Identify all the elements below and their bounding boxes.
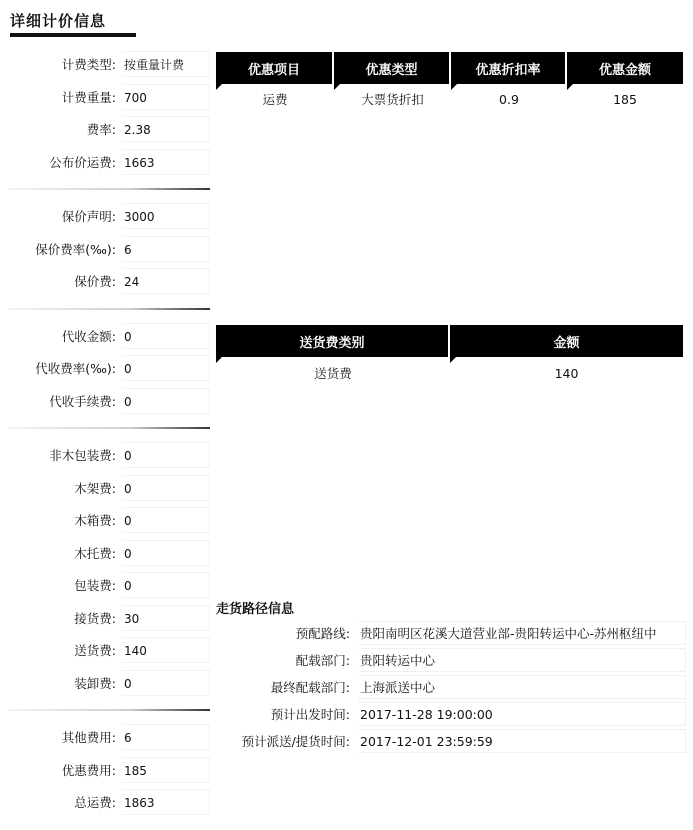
packaging-group: 非木包装费:0 木架费:0 木箱费:0 木托费:0 包装费:0 接货费:30 送… [8, 439, 212, 699]
field-value[interactable]: 140 [122, 637, 210, 663]
field-departure-time: 预计出发时间:2017-11-28 19:00:00 [216, 700, 686, 727]
column-header[interactable]: 优惠折扣率 [451, 52, 567, 84]
column-header[interactable]: 优惠金额 [567, 52, 683, 84]
field-label: 优惠费用: [8, 761, 116, 779]
field-label: 木箱费: [8, 511, 116, 529]
field-wood-frame: 木架费:0 [8, 472, 212, 505]
field-label: 配载部门: [216, 651, 350, 669]
pricing-panel: 计费类型:按重量计费 计费重量:700 费率:2.38 公布价运费:1663 保… [8, 48, 212, 819]
title-underline [10, 33, 136, 37]
column-header[interactable]: 金额 [450, 325, 683, 357]
field-value[interactable]: 30 [122, 605, 210, 631]
page-title: 详细计价信息 [10, 10, 106, 31]
table-cell: 0.9 [451, 89, 567, 111]
column-header[interactable]: 优惠项目 [216, 52, 334, 84]
field-label: 费率: [8, 120, 116, 138]
field-label: 公布价运费: [8, 153, 116, 171]
field-label: 预计出发时间: [216, 705, 350, 723]
field-value[interactable]: 6 [122, 236, 210, 262]
field-discount-fee: 优惠费用:185 [8, 754, 212, 787]
field-cod-fee: 代收手续费:0 [8, 385, 212, 418]
field-wood-box: 木箱费:0 [8, 504, 212, 537]
field-value[interactable]: 0 [122, 323, 210, 349]
field-cod-rate: 代收费率(‰):0 [8, 352, 212, 385]
table-row: 运费 大票货折扣 0.9 185 [216, 89, 683, 111]
table-cell: 运费 [216, 89, 334, 111]
field-value[interactable]: 上海派送中心 [358, 675, 686, 699]
billing-group: 计费类型:按重量计费 计费重量:700 费率:2.38 公布价运费:1663 [8, 48, 212, 178]
table-cell: 大票货折扣 [334, 89, 451, 111]
field-label: 接货费: [8, 609, 116, 627]
field-value[interactable]: 3000 [122, 203, 210, 229]
column-header[interactable]: 送货费类别 [216, 325, 450, 357]
field-insurance-fee: 保价费:24 [8, 265, 212, 298]
route-section-title: 走货路径信息 [216, 598, 294, 617]
delivery-table-header: 送货费类别 金额 [216, 325, 683, 357]
table-cell: 送货费 [216, 363, 450, 385]
field-other-fee: 其他费用:6 [8, 721, 212, 754]
field-handling-fee: 装卸费:0 [8, 667, 212, 700]
field-value[interactable]: 按重量计费 [122, 51, 210, 77]
field-label: 包装费: [8, 576, 116, 594]
field-value[interactable]: 0 [122, 355, 210, 381]
table-row: 送货费 140 [216, 363, 683, 385]
section-divider [8, 308, 210, 310]
field-value[interactable]: 0 [122, 572, 210, 598]
field-packing-fee: 包装费:0 [8, 569, 212, 602]
field-label: 预计派送/提货时间: [216, 732, 350, 750]
field-value[interactable]: 贵阳南明区花溪大道营业部-贵阳转运中心-苏州枢纽中 [358, 621, 686, 645]
field-label: 代收金额: [8, 327, 116, 345]
field-value[interactable]: 0 [122, 540, 210, 566]
field-value[interactable]: 贵阳转运中心 [358, 648, 686, 672]
field-value[interactable]: 0 [122, 507, 210, 533]
field-planned-route: 预配路线:贵阳南明区花溪大道营业部-贵阳转运中心-苏州枢纽中 [216, 619, 686, 646]
field-label: 代收费率(‰): [8, 359, 116, 377]
route-panel: 预配路线:贵阳南明区花溪大道营业部-贵阳转运中心-苏州枢纽中 配载部门:贵阳转运… [216, 619, 686, 754]
totals-group: 其他费用:6 优惠费用:185 总运费:1863 [8, 721, 212, 819]
field-label: 保价费: [8, 272, 116, 290]
section-divider [8, 709, 210, 711]
field-cod-amount: 代收金额:0 [8, 320, 212, 353]
table-cell: 140 [450, 363, 683, 385]
field-rate: 费率:2.38 [8, 113, 212, 146]
table-cell: 185 [567, 89, 683, 111]
column-header[interactable]: 优惠类型 [334, 52, 451, 84]
field-label: 代收手续费: [8, 392, 116, 410]
field-label: 总运费: [8, 793, 116, 811]
field-label: 计费重量: [8, 88, 116, 106]
field-billing-type: 计费类型:按重量计费 [8, 48, 212, 81]
insurance-group: 保价声明:3000 保价费率(‰):6 保价费:24 [8, 200, 212, 298]
field-label: 最终配载部门: [216, 678, 350, 696]
field-value[interactable]: 2017-11-28 19:00:00 [358, 702, 686, 726]
section-divider [8, 188, 210, 190]
field-wood-pallet: 木托费:0 [8, 537, 212, 570]
field-billing-weight: 计费重量:700 [8, 81, 212, 114]
field-label: 预配路线: [216, 624, 350, 642]
field-value[interactable]: 6 [122, 724, 210, 750]
field-final-loading-dept: 最终配载部门:上海派送中心 [216, 673, 686, 700]
field-loading-dept: 配载部门:贵阳转运中心 [216, 646, 686, 673]
field-insurance-rate: 保价费率(‰):6 [8, 233, 212, 266]
field-label: 非木包装费: [8, 446, 116, 464]
field-value[interactable]: 2017-12-01 23:59:59 [358, 729, 686, 753]
field-pickup-fee: 接货费:30 [8, 602, 212, 635]
field-non-wood-packing: 非木包装费:0 [8, 439, 212, 472]
field-label: 木架费: [8, 479, 116, 497]
field-value[interactable]: 185 [122, 757, 210, 783]
field-label: 其他费用: [8, 728, 116, 746]
field-value[interactable]: 2.38 [122, 116, 210, 142]
section-divider [8, 427, 210, 429]
field-label: 木托费: [8, 544, 116, 562]
field-value[interactable]: 0 [122, 475, 210, 501]
field-delivery-time: 预计派送/提货时间:2017-12-01 23:59:59 [216, 727, 686, 754]
field-value[interactable]: 0 [122, 388, 210, 414]
field-value[interactable]: 0 [122, 670, 210, 696]
cod-group: 代收金额:0 代收费率(‰):0 代收手续费:0 [8, 320, 212, 418]
field-label: 计费类型: [8, 55, 116, 73]
field-value[interactable]: 1863 [122, 789, 210, 815]
field-value[interactable]: 0 [122, 442, 210, 468]
field-declared-value: 保价声明:3000 [8, 200, 212, 233]
field-delivery-fee: 送货费:140 [8, 634, 212, 667]
discount-table-header: 优惠项目 优惠类型 优惠折扣率 优惠金额 [216, 52, 683, 84]
field-label: 送货费: [8, 641, 116, 659]
field-label: 保价费率(‰): [8, 240, 116, 258]
field-value[interactable]: 1663 [122, 149, 210, 175]
field-published-freight: 公布价运费:1663 [8, 146, 212, 179]
field-value[interactable]: 24 [122, 268, 210, 294]
field-total-freight: 总运费:1863 [8, 786, 212, 819]
field-label: 保价声明: [8, 207, 116, 225]
field-label: 装卸费: [8, 674, 116, 692]
field-value[interactable]: 700 [122, 84, 210, 110]
